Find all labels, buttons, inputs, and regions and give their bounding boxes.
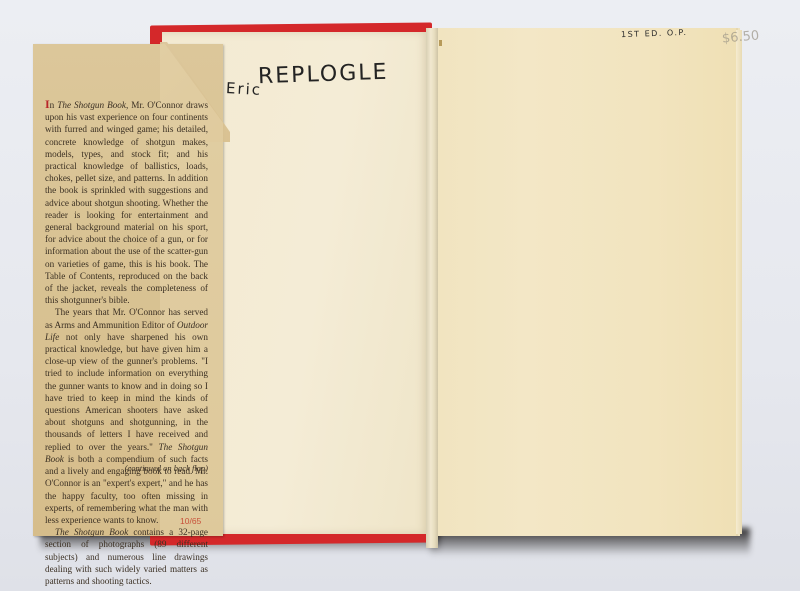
front-free-endpaper <box>436 28 736 536</box>
continued-note: (continued on back flap) <box>45 463 208 473</box>
owner-signature-prefix: Eric <box>226 79 263 99</box>
owner-signature: REPLOGLE <box>258 60 389 90</box>
pencil-price: $6.50 <box>721 28 759 46</box>
book-title: The Shotgun Book <box>55 527 128 537</box>
gutter-mark <box>439 40 442 46</box>
page-block-edge <box>736 30 742 534</box>
book-title: The Shotgun Book <box>57 100 126 110</box>
flap-paragraph-1: In The Shotgun Book, Mr. O'Connor draws … <box>45 98 208 306</box>
flap-paragraph-3: The Shotgun Book contains a 32-page sect… <box>45 526 208 587</box>
flap-paragraph-2: The years that Mr. O'Connor has served a… <box>45 306 208 526</box>
book-gutter <box>426 28 438 548</box>
price-code: 10/65 <box>180 516 201 526</box>
flap-blurb: In The Shotgun Book, Mr. O'Connor draws … <box>45 98 208 587</box>
